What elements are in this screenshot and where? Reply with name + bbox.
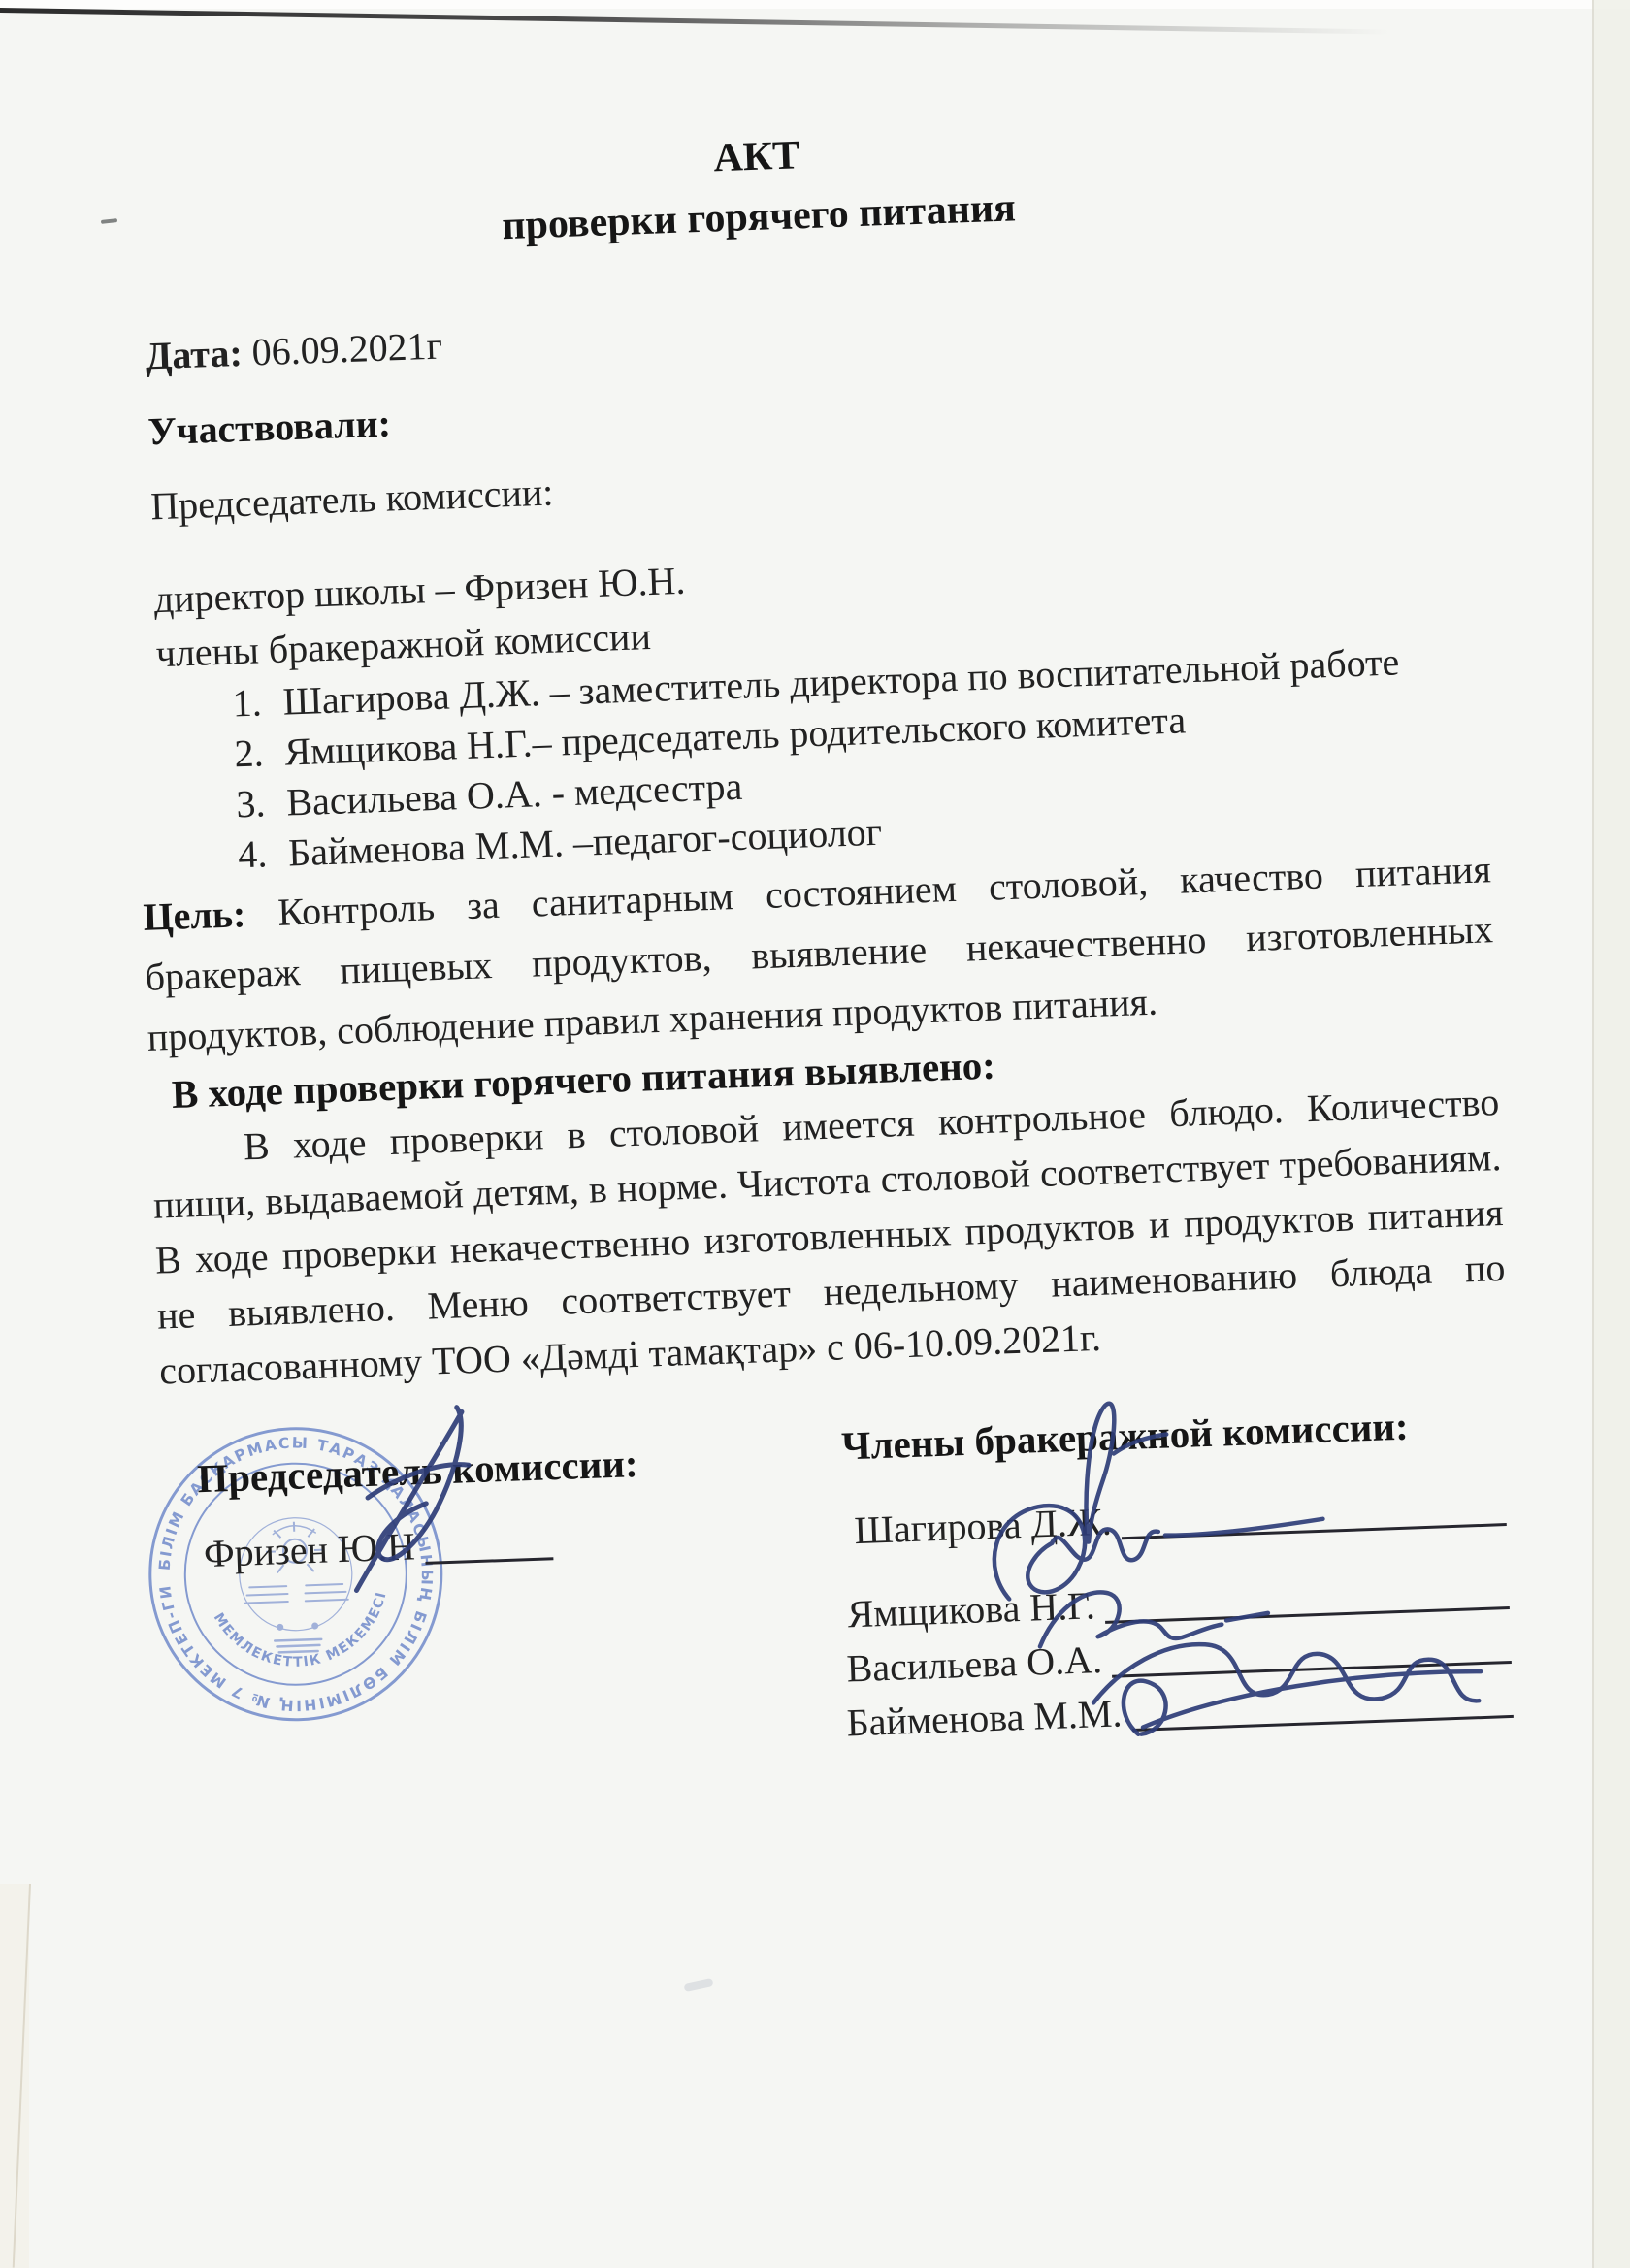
- signature-yamshchikova-dash: [1165, 1519, 1323, 1536]
- findings-paragraph: В ходе проверки в столовой имеется контр…: [146, 1074, 1513, 1399]
- signature-baimenova-sweep: [1141, 1670, 1482, 1727]
- document-body: АКТ проверки горячего питания Дата: 06.0…: [110, 74, 1530, 1874]
- signature-shagirova-dash: [1113, 1435, 1167, 1454]
- goal-label: Цель:: [143, 891, 246, 939]
- scan-top-edge-line: [0, 8, 1630, 38]
- scan-right-edge-strip: [1592, 0, 1630, 2268]
- scanned-document-page: { "doc": { "title1": "АКТ", "title2": "п…: [0, 0, 1630, 2268]
- document-title: АКТ проверки горячего питания: [77, 109, 1438, 266]
- stray-smudge-mark: [683, 1978, 713, 1992]
- signature-yamshchikova-humps: [1052, 1528, 1159, 1564]
- list-number: 1.: [232, 677, 284, 729]
- signature-vasileva: [1038, 1588, 1222, 1646]
- list-number: 2.: [234, 728, 286, 780]
- list-number: 3.: [235, 778, 287, 830]
- date-value: 06.09.2021г: [251, 324, 443, 374]
- members-handwritten-signatures: [776, 1360, 1528, 1794]
- signature-section: БІЛІМ БАСҚАРМАСЫ ТАРАЗ ҚАЛАСЫНЫҢ БІЛІМ Б…: [156, 1379, 1530, 1874]
- date-label: Дата:: [145, 331, 243, 378]
- chairman-handwritten-signature: [310, 1376, 542, 1626]
- list-number: 4.: [237, 828, 289, 881]
- signature-shagirova: [1083, 1404, 1119, 1542]
- scanner-edge-highlight: [0, 0, 1630, 9]
- signature-vasileva-dash: [1226, 1613, 1268, 1621]
